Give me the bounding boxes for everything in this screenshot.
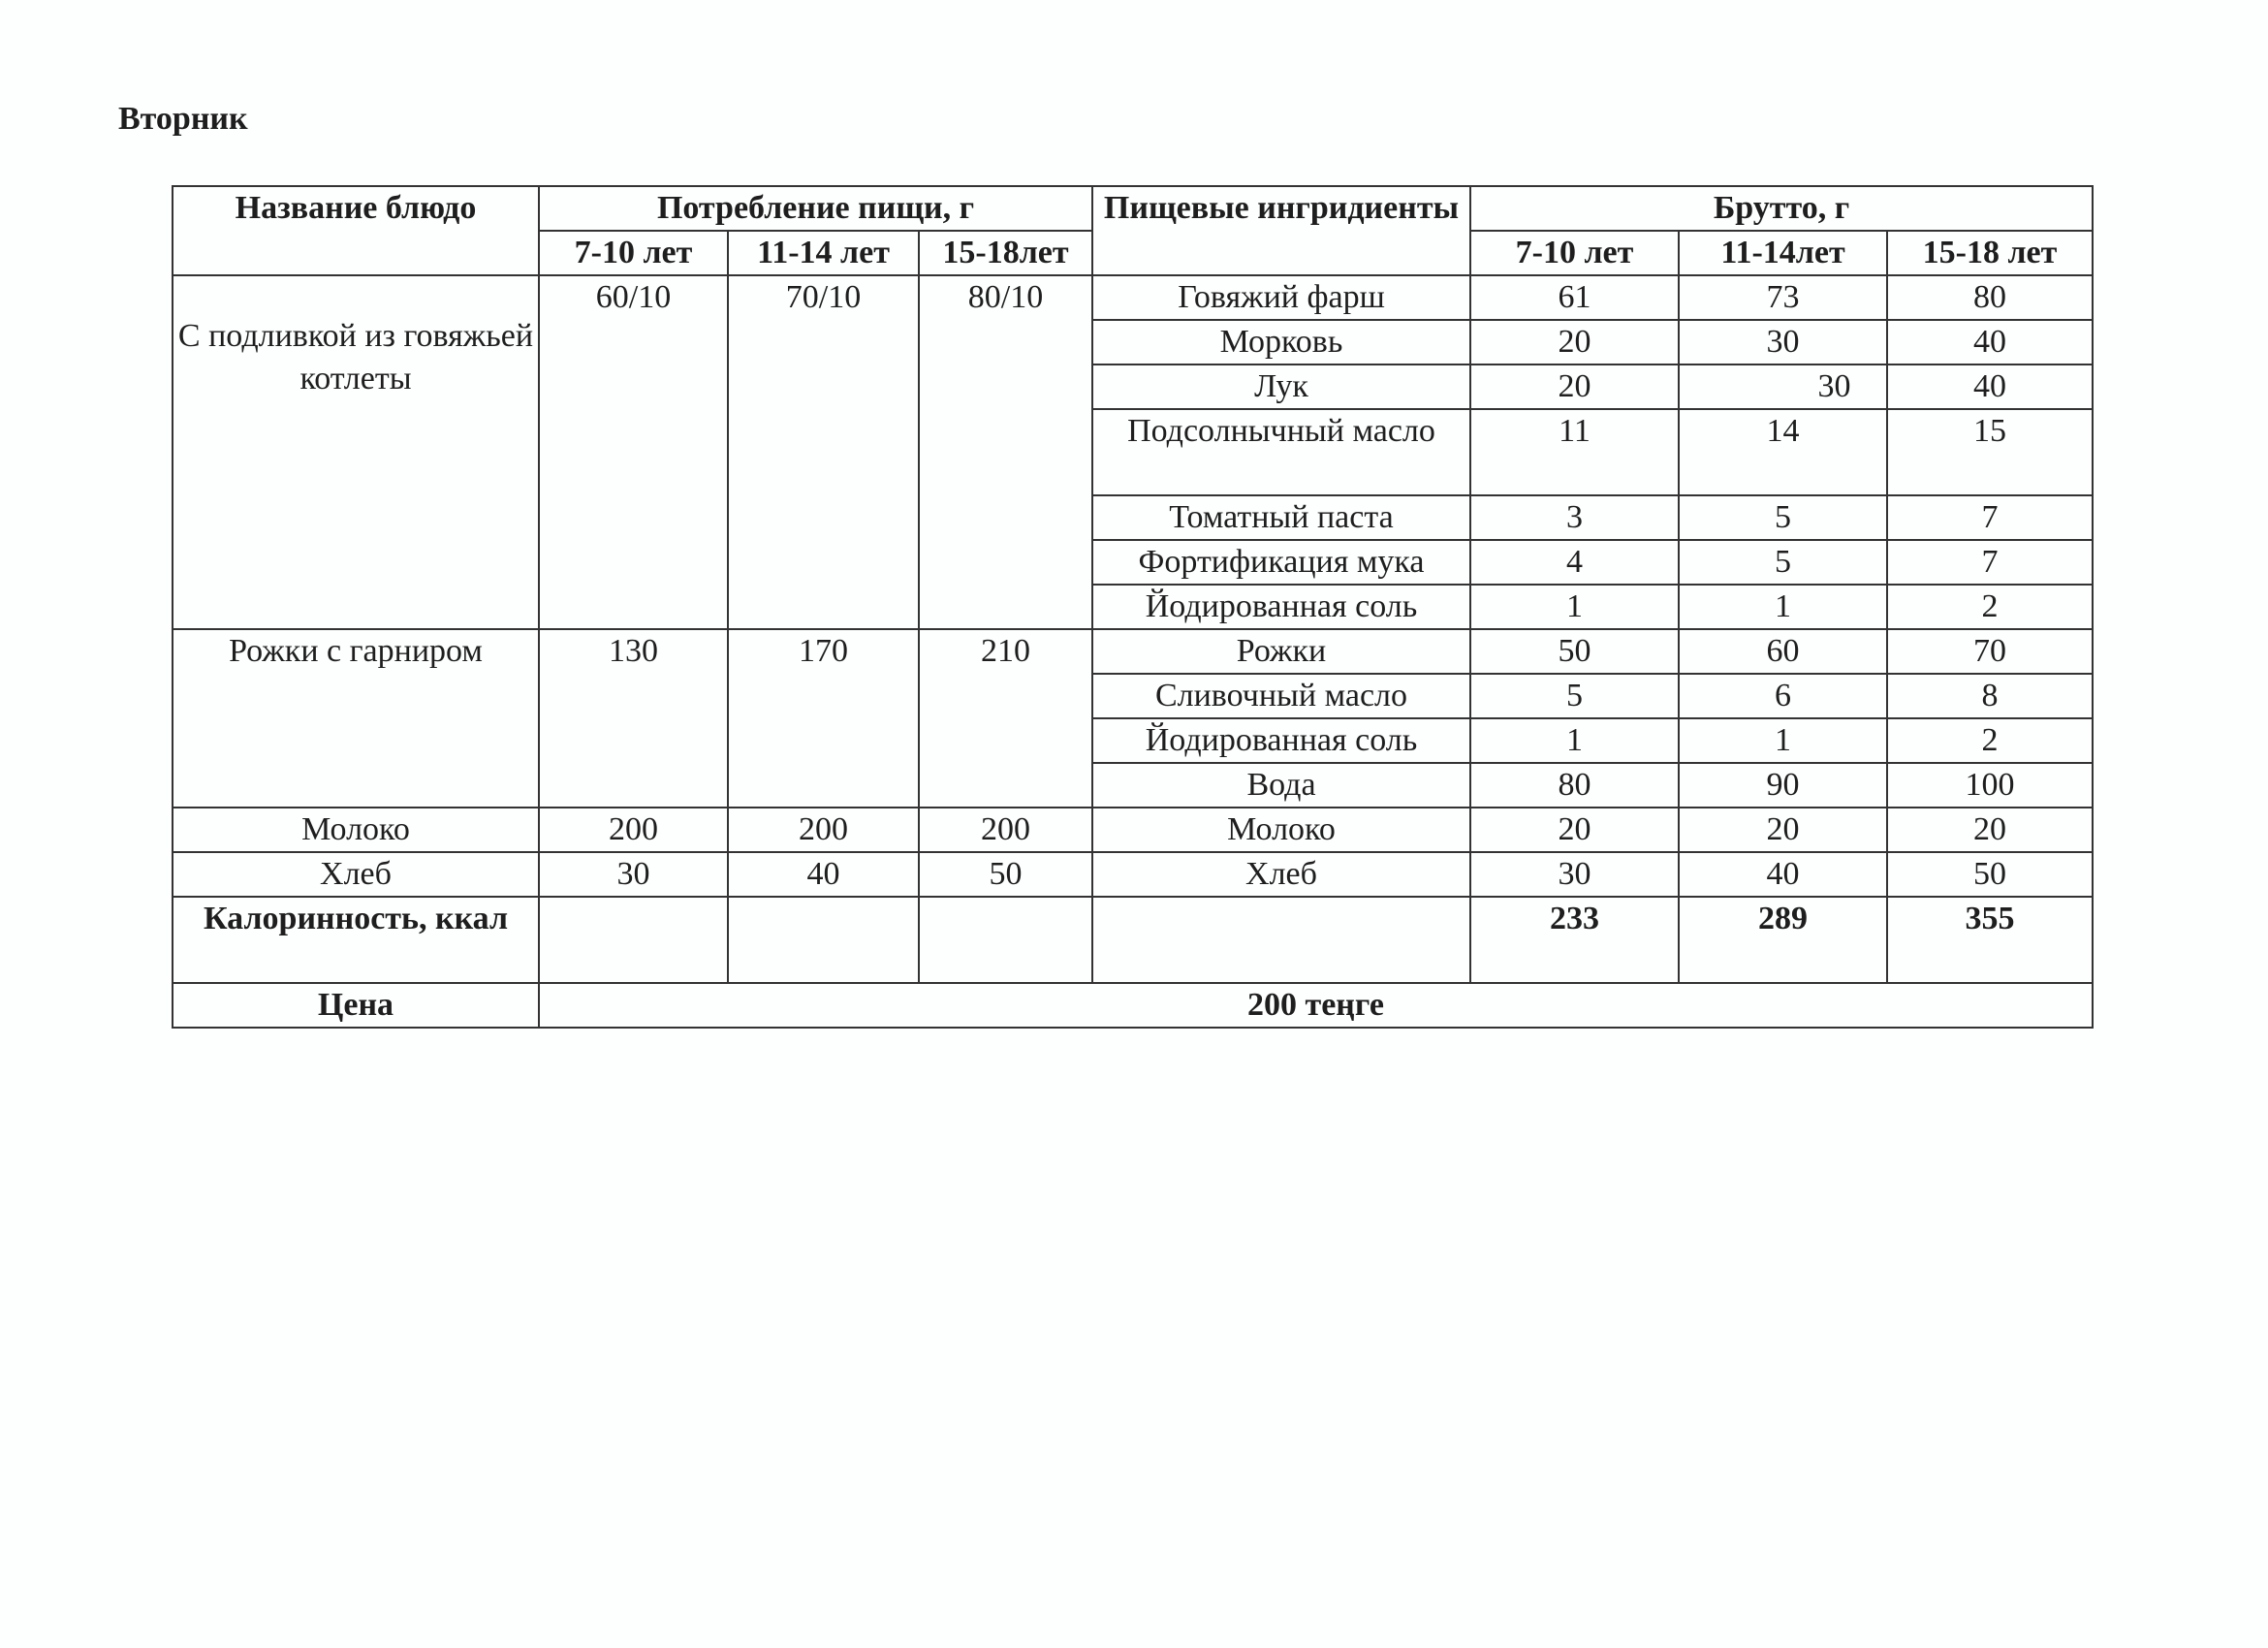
gross-cell: 1 [1679,718,1887,763]
ingredient-name: Хлеб [1092,852,1470,897]
gross-cell: 20 [1887,808,2093,852]
gross-cell: 2 [1887,585,2093,629]
dish-name: С подливкой из говяжьей котлеты [173,275,539,629]
table-row: Рожки с гарниром 130 170 210 Рожки 50 60… [173,629,2093,674]
consumption-cell: 170 [728,629,919,808]
gross-cell: 70 [1887,629,2093,674]
table-row: Хлеб 30 40 50 Хлеб 30 40 50 [173,852,2093,897]
header-gross-age: 15-18 лет [1887,231,2093,275]
gross-cell: 40 [1887,320,2093,364]
gross-cell: 7 [1887,495,2093,540]
gross-cell: 4 [1470,540,1679,585]
consumption-cell: 200 [728,808,919,852]
gross-cell: 20 [1679,808,1887,852]
gross-cell: 90 [1679,763,1887,808]
dish-name: Хлеб [173,852,539,897]
price-label: Цена [173,983,539,1028]
ingredient-name: Подсолнычный масло [1092,409,1470,495]
gross-cell: 20 [1470,364,1679,409]
gross-cell: 5 [1470,674,1679,718]
gross-cell: 50 [1470,629,1679,674]
gross-cell: 30 [1679,320,1887,364]
gross-cell: 50 [1887,852,2093,897]
ingredient-name: Лук [1092,364,1470,409]
page-title: Вторник [118,101,248,138]
dish-name: Рожки с гарниром [173,629,539,808]
ingredient-name: Фортификация мука [1092,540,1470,585]
consumption-cell: 30 [539,852,728,897]
ingredient-name: Вода [1092,763,1470,808]
price-value: 200 теңге [539,983,2093,1028]
ingredient-name: Йодированная соль [1092,585,1470,629]
header-dish-name: Название блюдо [173,186,539,275]
calories-value: 355 [1887,897,2093,983]
gross-cell: 40 [1887,364,2093,409]
consumption-cell: 40 [728,852,919,897]
gross-cell: 40 [1679,852,1887,897]
gross-cell: 2 [1887,718,2093,763]
table-row: Молоко 200 200 200 Молоко 20 20 20 [173,808,2093,852]
gross-cell: 30 [1470,852,1679,897]
header-consumption-age: 15-18лет [919,231,1092,275]
price-row: Цена 200 теңге [173,983,2093,1028]
ingredient-name: Морковь [1092,320,1470,364]
consumption-cell: 200 [539,808,728,852]
ingredient-name: Молоко [1092,808,1470,852]
consumption-cell: 50 [919,852,1092,897]
gross-cell: 20 [1470,808,1679,852]
gross-cell: 100 [1887,763,2093,808]
calories-label: Калоринность, ккал [173,897,539,983]
gross-cell: 1 [1679,585,1887,629]
gross-cell: 1 [1470,585,1679,629]
gross-cell: 5 [1679,495,1887,540]
calories-value: 233 [1470,897,1679,983]
gross-cell: 20 [1470,320,1679,364]
header-gross-age: 7-10 лет [1470,231,1679,275]
header-ingredients: Пищевые ингридиенты [1092,186,1470,275]
gross-cell: 7 [1887,540,2093,585]
ingredient-name: Йодированная соль [1092,718,1470,763]
empty-cell [1092,897,1470,983]
empty-cell [539,897,728,983]
ingredient-name: Томатный паста [1092,495,1470,540]
header-consumption-age: 11-14 лет [728,231,919,275]
gross-cell: 8 [1887,674,2093,718]
gross-cell: 73 [1679,275,1887,320]
gross-cell: 6 [1679,674,1887,718]
consumption-cell: 130 [539,629,728,808]
menu-table: Название блюдо Потребление пищи, г Пищев… [172,185,2094,1029]
header-gross-age: 11-14лет [1679,231,1887,275]
gross-cell: 5 [1679,540,1887,585]
gross-cell: 30 [1679,364,1887,409]
gross-cell: 11 [1470,409,1679,495]
header-gross: Брутто, г [1470,186,2093,231]
calories-value: 289 [1679,897,1887,983]
gross-cell: 1 [1470,718,1679,763]
ingredient-name: Говяжий фарш [1092,275,1470,320]
consumption-cell: 80/10 [919,275,1092,629]
calories-row: Калоринность, ккал 233 289 355 [173,897,2093,983]
consumption-cell: 60/10 [539,275,728,629]
consumption-cell: 70/10 [728,275,919,629]
consumption-cell: 200 [919,808,1092,852]
empty-cell [728,897,919,983]
empty-cell [919,897,1092,983]
gross-cell: 3 [1470,495,1679,540]
gross-cell: 61 [1470,275,1679,320]
header-consumption-age: 7-10 лет [539,231,728,275]
gross-cell: 80 [1470,763,1679,808]
gross-cell: 14 [1679,409,1887,495]
gross-cell: 60 [1679,629,1887,674]
ingredient-name: Сливочный масло [1092,674,1470,718]
consumption-cell: 210 [919,629,1092,808]
table-row: С подливкой из говяжьей котлеты 60/10 70… [173,275,2093,320]
gross-cell: 15 [1887,409,2093,495]
ingredient-name: Рожки [1092,629,1470,674]
dish-name: Молоко [173,808,539,852]
header-consumption: Потребление пищи, г [539,186,1092,231]
gross-cell: 80 [1887,275,2093,320]
